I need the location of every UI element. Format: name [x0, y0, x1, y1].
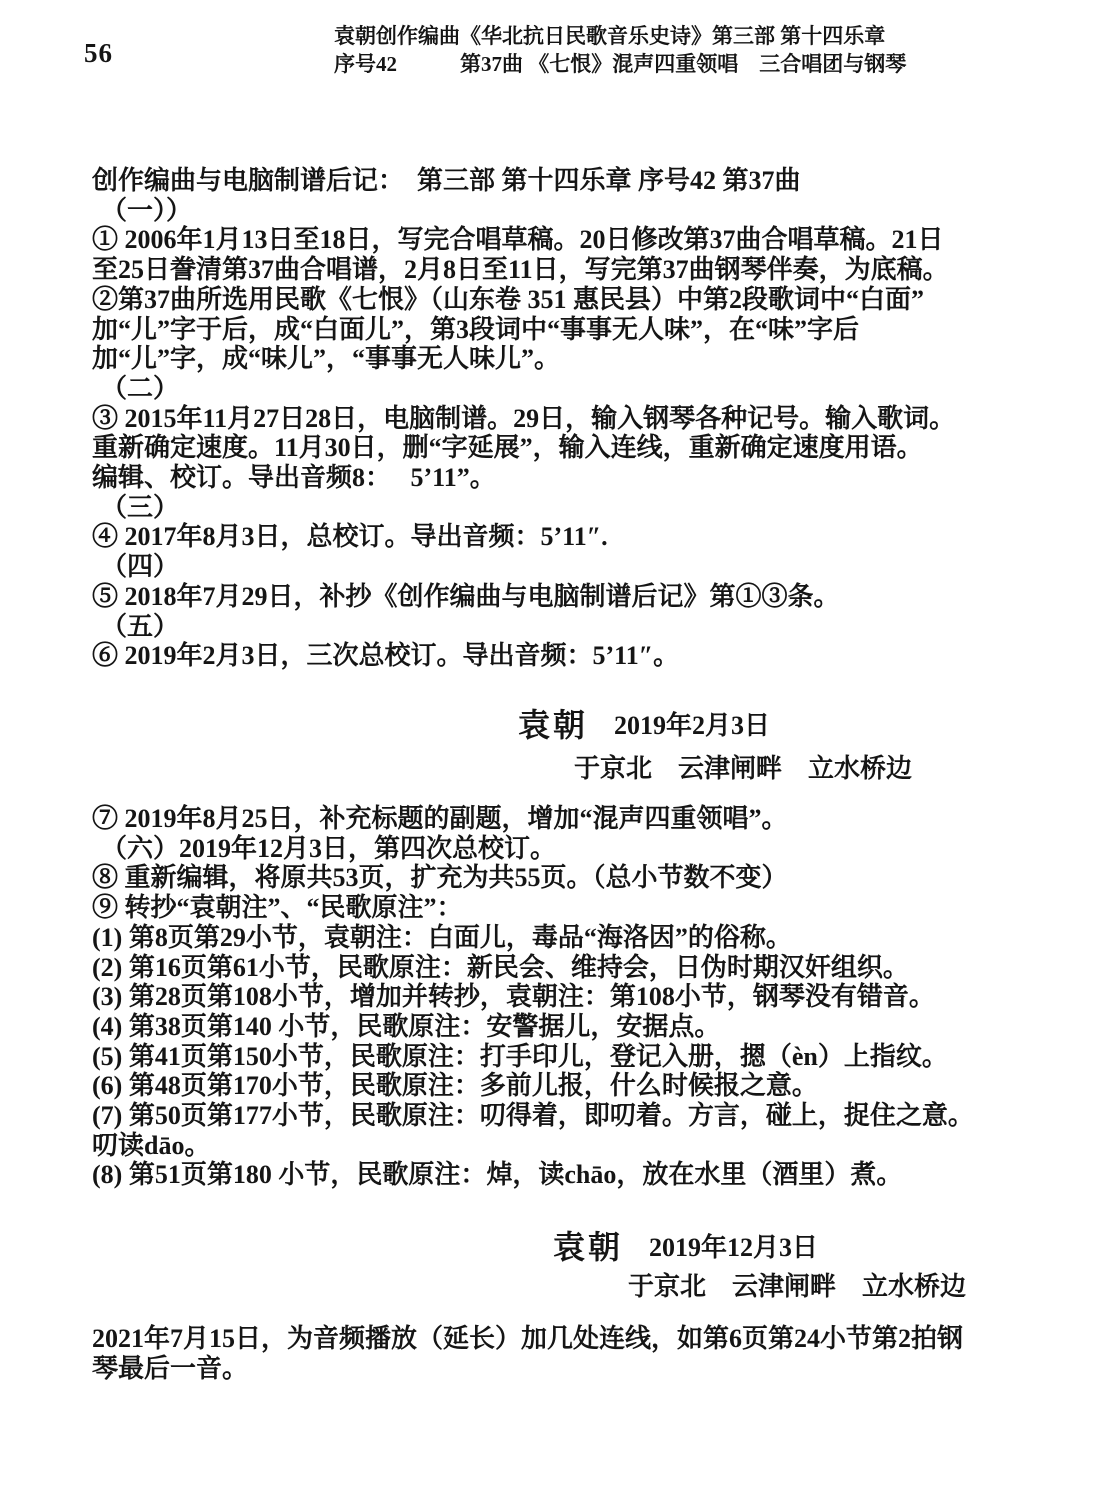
text-line: ④ 2017年8月3日，总校订。导出音频：5’11″. — [92, 522, 1052, 552]
note-item: (5) 第41页第150小节，民歌原注：打手印儿，登记入册，摁（èn）上指纹。 — [92, 1042, 1052, 1072]
note-item: (2) 第16页第61小节，民歌原注：新民会、维持会，日伪时期汉奸组织。 — [92, 953, 1052, 983]
page-number: 56 — [84, 38, 113, 69]
note-item: (7) 第50页第177小节，民歌原注：叨得着，即叨着。方言，碰上，捉住之意。 — [92, 1101, 1052, 1131]
text-line: 琴最后一音。 — [92, 1354, 1052, 1384]
subsection-label: （六）2019年12月3日，第四次总校订。 — [92, 834, 1052, 864]
note-item-continuation: 叨读dāo。 — [92, 1131, 1052, 1161]
text-line: 重新确定速度。11月30日，删“字延展”，输入连线，重新确定速度用语。 — [92, 433, 1052, 463]
header-line-2: 序号42 第37曲 《七恨》混声四重领唱 三合唱团与钢琴 — [334, 50, 906, 78]
text-line: 至25日誊清第37曲合唱谱，2月8日至11日，写完第37曲钢琴伴奏，为底稿。 — [92, 255, 1052, 285]
note-item: (1) 第8页第29小节，袁朝注：白面儿，毒品“海洛因”的俗称。 — [92, 923, 1052, 953]
signature-2: 袁朝2019年12月3日 — [553, 1222, 818, 1268]
note-item: (8) 第51页第180 小节，民歌原注：焯，读chāo，放在水里（酒里）煮。 — [92, 1160, 1052, 1190]
signature-2-place: 于京北 云津闸畔 立水桥边 — [628, 1266, 966, 1303]
subsection-label: （一）） — [92, 196, 1052, 226]
section-title: 创作编曲与电脑制谱后记： 第三部 第十四乐章 序号42 第37曲 — [92, 166, 1052, 196]
signature-2-date: 2019年12月3日 — [649, 1233, 818, 1262]
text-line: ⑨ 转抄“袁朝注”、“民歌原注”： — [92, 893, 1052, 923]
signature-1-date: 2019年2月3日 — [614, 711, 770, 740]
subsection-label: （四） — [92, 552, 1052, 582]
text-line: ① 2006年1月13日至18日，写完合唱草稿。20日修改第37曲合唱草稿。21… — [92, 225, 1052, 255]
text-line: 加“儿”字，成“味儿”，“事事无人味儿”。 — [92, 344, 1052, 374]
text-line: ⑧ 重新编辑，将原共53页，扩充为共55页。（总小节数不变） — [92, 863, 1052, 893]
text-line: ⑤ 2018年7月29日，补抄《创作编曲与电脑制谱后记》第①③条。 — [92, 582, 1052, 612]
signature-2-name: 袁朝 — [553, 1228, 623, 1266]
text-line: 加“儿”字于后，成“白面儿”，第3段词中“事事无人味”，在“味”字后 — [92, 315, 1052, 345]
signature-1: 袁朝2019年2月3日 — [518, 700, 770, 746]
note-item: (4) 第38页第140 小节，民歌原注：安警据儿，安据点。 — [92, 1012, 1052, 1042]
text-line: ③ 2015年11月27日28日，电脑制谱。29日，输入钢琴各种记号。输入歌词。 — [92, 404, 1052, 434]
document-page: 56 袁朝创作编曲《华北抗日民歌音乐史诗》第三部 第十四乐章 序号42 第37曲… — [0, 0, 1100, 1506]
text-line: ⑦ 2019年8月25日，补充标题的副题，增加“混声四重领唱”。 — [92, 804, 1052, 834]
postscript-block-1: 创作编曲与电脑制谱后记： 第三部 第十四乐章 序号42 第37曲 （一）） ① … — [92, 166, 1052, 671]
subsection-label: （五） — [92, 612, 1052, 642]
text-line: ⑥ 2019年2月3日，三次总校订。导出音频：5’11″。 — [92, 641, 1052, 671]
text-line: 2021年7月15日，为音频播放（延长）加几处连线，如第6页第24小节第2拍钢 — [92, 1324, 1052, 1354]
signature-1-name: 袁朝 — [518, 706, 588, 744]
subsection-label: （二） — [92, 374, 1052, 404]
note-item: (6) 第48页第170小节，民歌原注：多前儿报，什么时候报之意。 — [92, 1071, 1052, 1101]
header-line-1: 袁朝创作编曲《华北抗日民歌音乐史诗》第三部 第十四乐章 — [334, 22, 906, 50]
running-header: 袁朝创作编曲《华北抗日民歌音乐史诗》第三部 第十四乐章 序号42 第37曲 《七… — [334, 22, 906, 78]
postscript-block-2: ⑦ 2019年8月25日，补充标题的副题，增加“混声四重领唱”。 （六）2019… — [92, 804, 1052, 1190]
text-line: 编辑、校订。导出音频8： 5’11”。 — [92, 463, 1052, 493]
postscript-block-3: 2021年7月15日，为音频播放（延长）加几处连线，如第6页第24小节第2拍钢 … — [92, 1324, 1052, 1383]
text-line: ②第37曲所选用民歌《七恨》（山东卷 351 惠民县）中第2段歌词中“白面” — [92, 285, 1052, 315]
signature-1-place: 于京北 云津闸畔 立水桥边 — [574, 748, 912, 785]
note-item: (3) 第28页第108小节，增加并转抄，袁朝注：第108小节，钢琴没有错音。 — [92, 982, 1052, 1012]
subsection-label: （三） — [92, 493, 1052, 523]
